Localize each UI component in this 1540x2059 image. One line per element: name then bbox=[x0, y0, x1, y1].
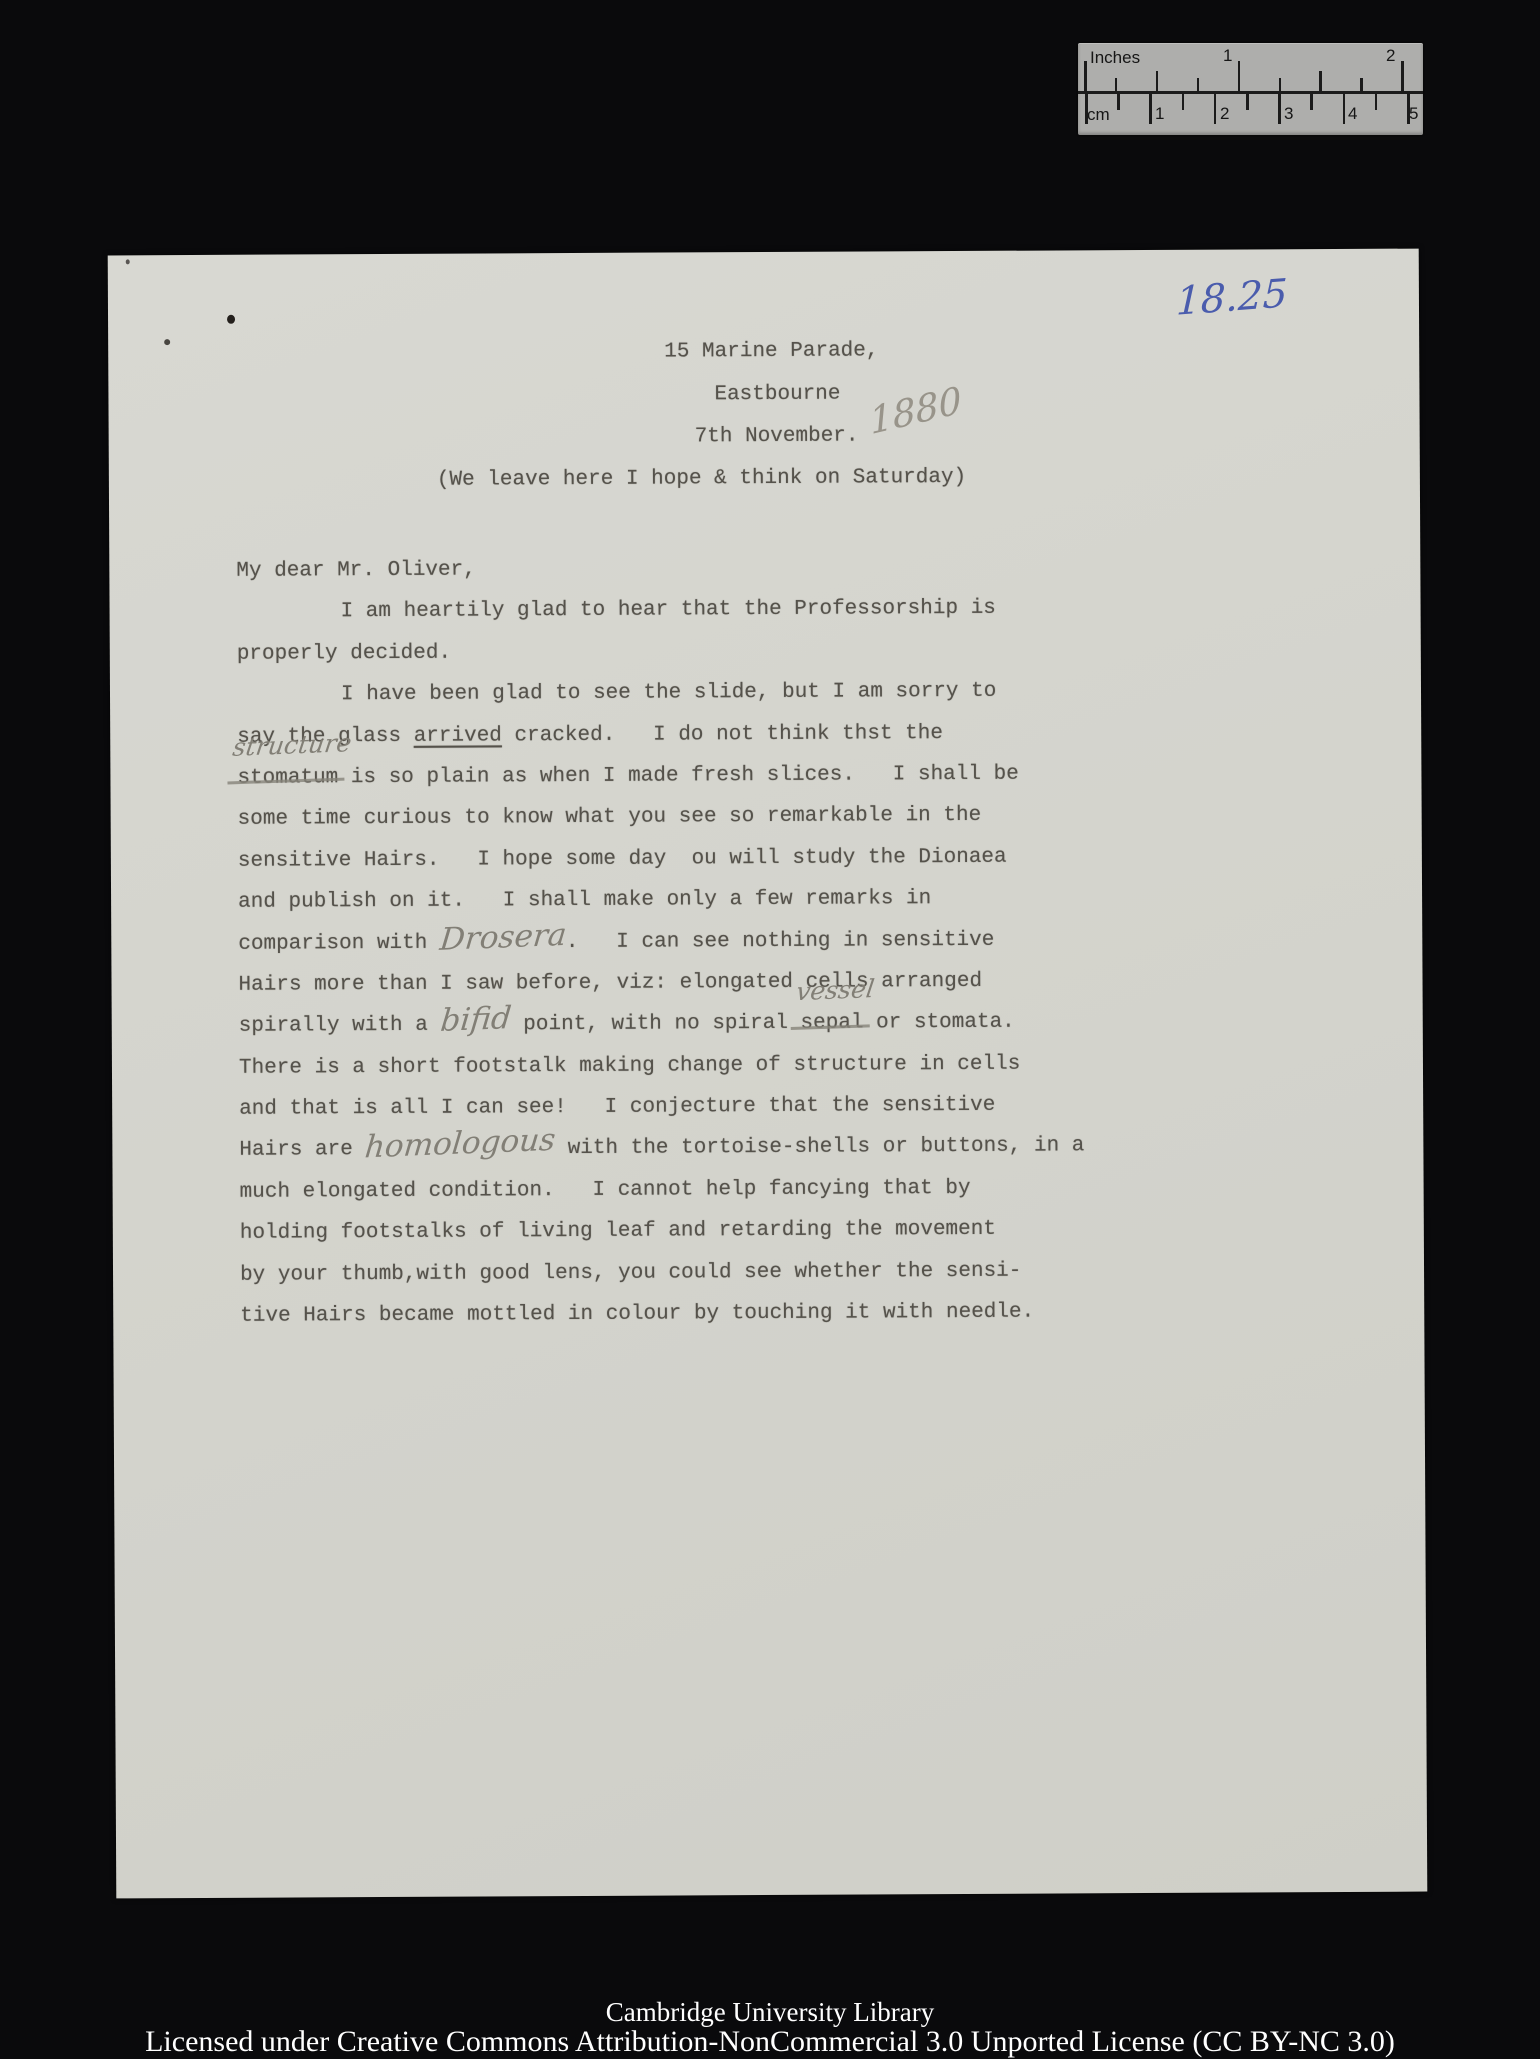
typed-text: by your thumb,with good lens, you could … bbox=[240, 1259, 1021, 1286]
ink-speck bbox=[227, 315, 235, 324]
letter-line: and that is all I can see! I conjecture … bbox=[239, 1083, 1419, 1131]
ruler-tick bbox=[1401, 61, 1404, 91]
letter-line: I have been glad to see the slide, but I… bbox=[237, 669, 1417, 717]
letter-line: properly decided. bbox=[237, 627, 1417, 675]
ruler-tick bbox=[1117, 93, 1120, 110]
scan-canvas: { "ruler": { "top_unit": "Inches", "bott… bbox=[0, 0, 1540, 2059]
ruler-tick bbox=[1319, 71, 1322, 91]
letter-line: There is a short footstalk making change… bbox=[239, 1041, 1419, 1089]
ruler-cm-2: 2 bbox=[1220, 104, 1229, 124]
license-text: Licensed under Creative Commons Attribut… bbox=[0, 2027, 1540, 2057]
handwritten-word: homologous bbox=[365, 1140, 555, 1148]
ruler-tick bbox=[1238, 61, 1241, 91]
ruler-inch-1: 1 bbox=[1223, 46, 1232, 66]
typed-text: tive Hairs became mottled in colour by t… bbox=[240, 1301, 1034, 1328]
ruler-inches-label: Inches bbox=[1090, 48, 1140, 68]
typed-text: Hairs are bbox=[239, 1139, 365, 1163]
typed-text: . I can see nothing in sensitive bbox=[566, 928, 995, 953]
letter-body: My dear Mr. Oliver,I am heartily glad to… bbox=[236, 545, 1420, 1338]
ruler-tick bbox=[1156, 71, 1159, 91]
letter-line: and publish on it. I shall make only a f… bbox=[238, 876, 1418, 924]
ink-speck bbox=[164, 339, 170, 345]
letter-date-line: 7th November. bbox=[695, 425, 859, 449]
typed-text: stomatumstructure bbox=[237, 757, 338, 799]
letter-line: Hairs are homologous with the tortoise-s… bbox=[239, 1124, 1419, 1172]
typed-text: or stomata. bbox=[863, 1011, 1014, 1035]
letter-page: 18.25 15 Marine Parade, Eastbourne 7th N… bbox=[108, 249, 1428, 1899]
ink-speck bbox=[126, 259, 130, 264]
ruler-cm-4: 4 bbox=[1348, 104, 1357, 124]
ruler-tick bbox=[1115, 78, 1118, 91]
pencil-annotation: structure bbox=[231, 730, 353, 760]
typed-text: some time curious to know what you see s… bbox=[238, 804, 982, 831]
letter-line: spirally with a bifid point, with no spi… bbox=[239, 1000, 1419, 1048]
typed-text: and that is all I can see! I conjecture … bbox=[239, 1094, 995, 1121]
typed-text: There is a short footstalk making change… bbox=[239, 1052, 1020, 1079]
letter-line: say the glass arrived cracked. I do not … bbox=[237, 710, 1417, 758]
typed-text: I have been glad to see the slide, but I… bbox=[341, 680, 996, 706]
typed-text: much elongated condition. I cannot help … bbox=[240, 1177, 971, 1204]
library-name: Cambridge University Library bbox=[0, 1998, 1540, 2027]
letter-line: holding footstalks of living leaf and re… bbox=[240, 1207, 1420, 1255]
parenthetical-note: (We leave here I hope & think on Saturda… bbox=[437, 466, 966, 492]
letter-line: sensitive Hairs. I hope some day ou will… bbox=[238, 834, 1418, 882]
typed-text: sepalvessel bbox=[800, 1003, 863, 1045]
ruler-tick bbox=[1214, 93, 1217, 124]
ruler-cm-1: 1 bbox=[1155, 104, 1164, 124]
ruler-cm-5: 5 bbox=[1409, 104, 1418, 124]
typed-text: with the tortoise-shells or buttons, in … bbox=[555, 1135, 1084, 1161]
letter-line: stomatumstructure is so plain as when I … bbox=[237, 752, 1417, 800]
year-annotation: 1880 bbox=[868, 378, 964, 443]
letter-line: comparison with Drosera. I can see nothi… bbox=[238, 917, 1418, 965]
ruler-tick bbox=[1182, 93, 1185, 110]
letter-address-line2: Eastbourne bbox=[714, 383, 840, 407]
attribution-footer: Cambridge University Library Licensed un… bbox=[0, 1998, 1540, 2057]
typed-text: holding footstalks of living leaf and re… bbox=[240, 1218, 996, 1245]
letter-line: My dear Mr. Oliver, bbox=[236, 545, 1416, 593]
typed-text: properly decided. bbox=[237, 641, 451, 665]
ruler-tick bbox=[1360, 78, 1363, 91]
ruler-tick bbox=[1246, 93, 1249, 110]
catalog-number: 18.25 bbox=[1175, 271, 1288, 325]
typed-text: cracked. I do not think thst the bbox=[502, 722, 943, 747]
typed-text: comparison with bbox=[238, 931, 440, 955]
ruler-tick bbox=[1375, 93, 1378, 110]
ruler-tick bbox=[1407, 93, 1410, 124]
ruler-tick bbox=[1085, 93, 1088, 124]
ruler-tick bbox=[1084, 61, 1087, 91]
ruler-tick bbox=[1343, 93, 1346, 124]
typed-text: sensitive Hairs. I hope some day ou will… bbox=[238, 845, 1007, 872]
ruler-cm-3: 3 bbox=[1284, 104, 1293, 124]
pencil-annotation: vessel bbox=[794, 976, 875, 1004]
ruler-tick bbox=[1197, 78, 1200, 91]
typed-text: I am heartily glad to hear that the Prof… bbox=[341, 597, 996, 623]
letter-line: tive Hairs became mottled in colour by t… bbox=[240, 1290, 1420, 1338]
ruler-tick bbox=[1278, 93, 1281, 124]
letter-line: I am heartily glad to hear that the Prof… bbox=[236, 586, 1416, 634]
typed-text: spirally with a bbox=[239, 1014, 441, 1038]
handwritten-word: Drosera bbox=[440, 934, 566, 939]
letter-line: some time curious to know what you see s… bbox=[238, 793, 1418, 841]
ruler-tick bbox=[1310, 93, 1313, 110]
handwritten-word: bifid bbox=[440, 1018, 511, 1021]
typed-text: and publish on it. I shall make only a f… bbox=[238, 887, 931, 914]
ruler-tick bbox=[1279, 78, 1282, 91]
typed-text: point, with no spiral bbox=[511, 1012, 801, 1037]
typed-text: My dear Mr. Oliver, bbox=[236, 559, 476, 583]
typed-text: arrived bbox=[414, 724, 502, 747]
ruler-cm-label: cm bbox=[1087, 105, 1110, 125]
letter-line: by your thumb,with good lens, you could … bbox=[240, 1248, 1420, 1296]
typed-text: is so plain as when I made fresh slices.… bbox=[338, 763, 1019, 790]
ruler-tick bbox=[1149, 93, 1152, 124]
measurement-ruler: Inches 1 2 cm 1 2 3 4 5 bbox=[1078, 43, 1423, 135]
ruler-inch-2: 2 bbox=[1386, 46, 1395, 66]
ruler-midline bbox=[1078, 91, 1423, 94]
letter-address-line1: 15 Marine Parade, bbox=[664, 339, 878, 363]
letter-line: much elongated condition. I cannot help … bbox=[240, 1165, 1420, 1213]
